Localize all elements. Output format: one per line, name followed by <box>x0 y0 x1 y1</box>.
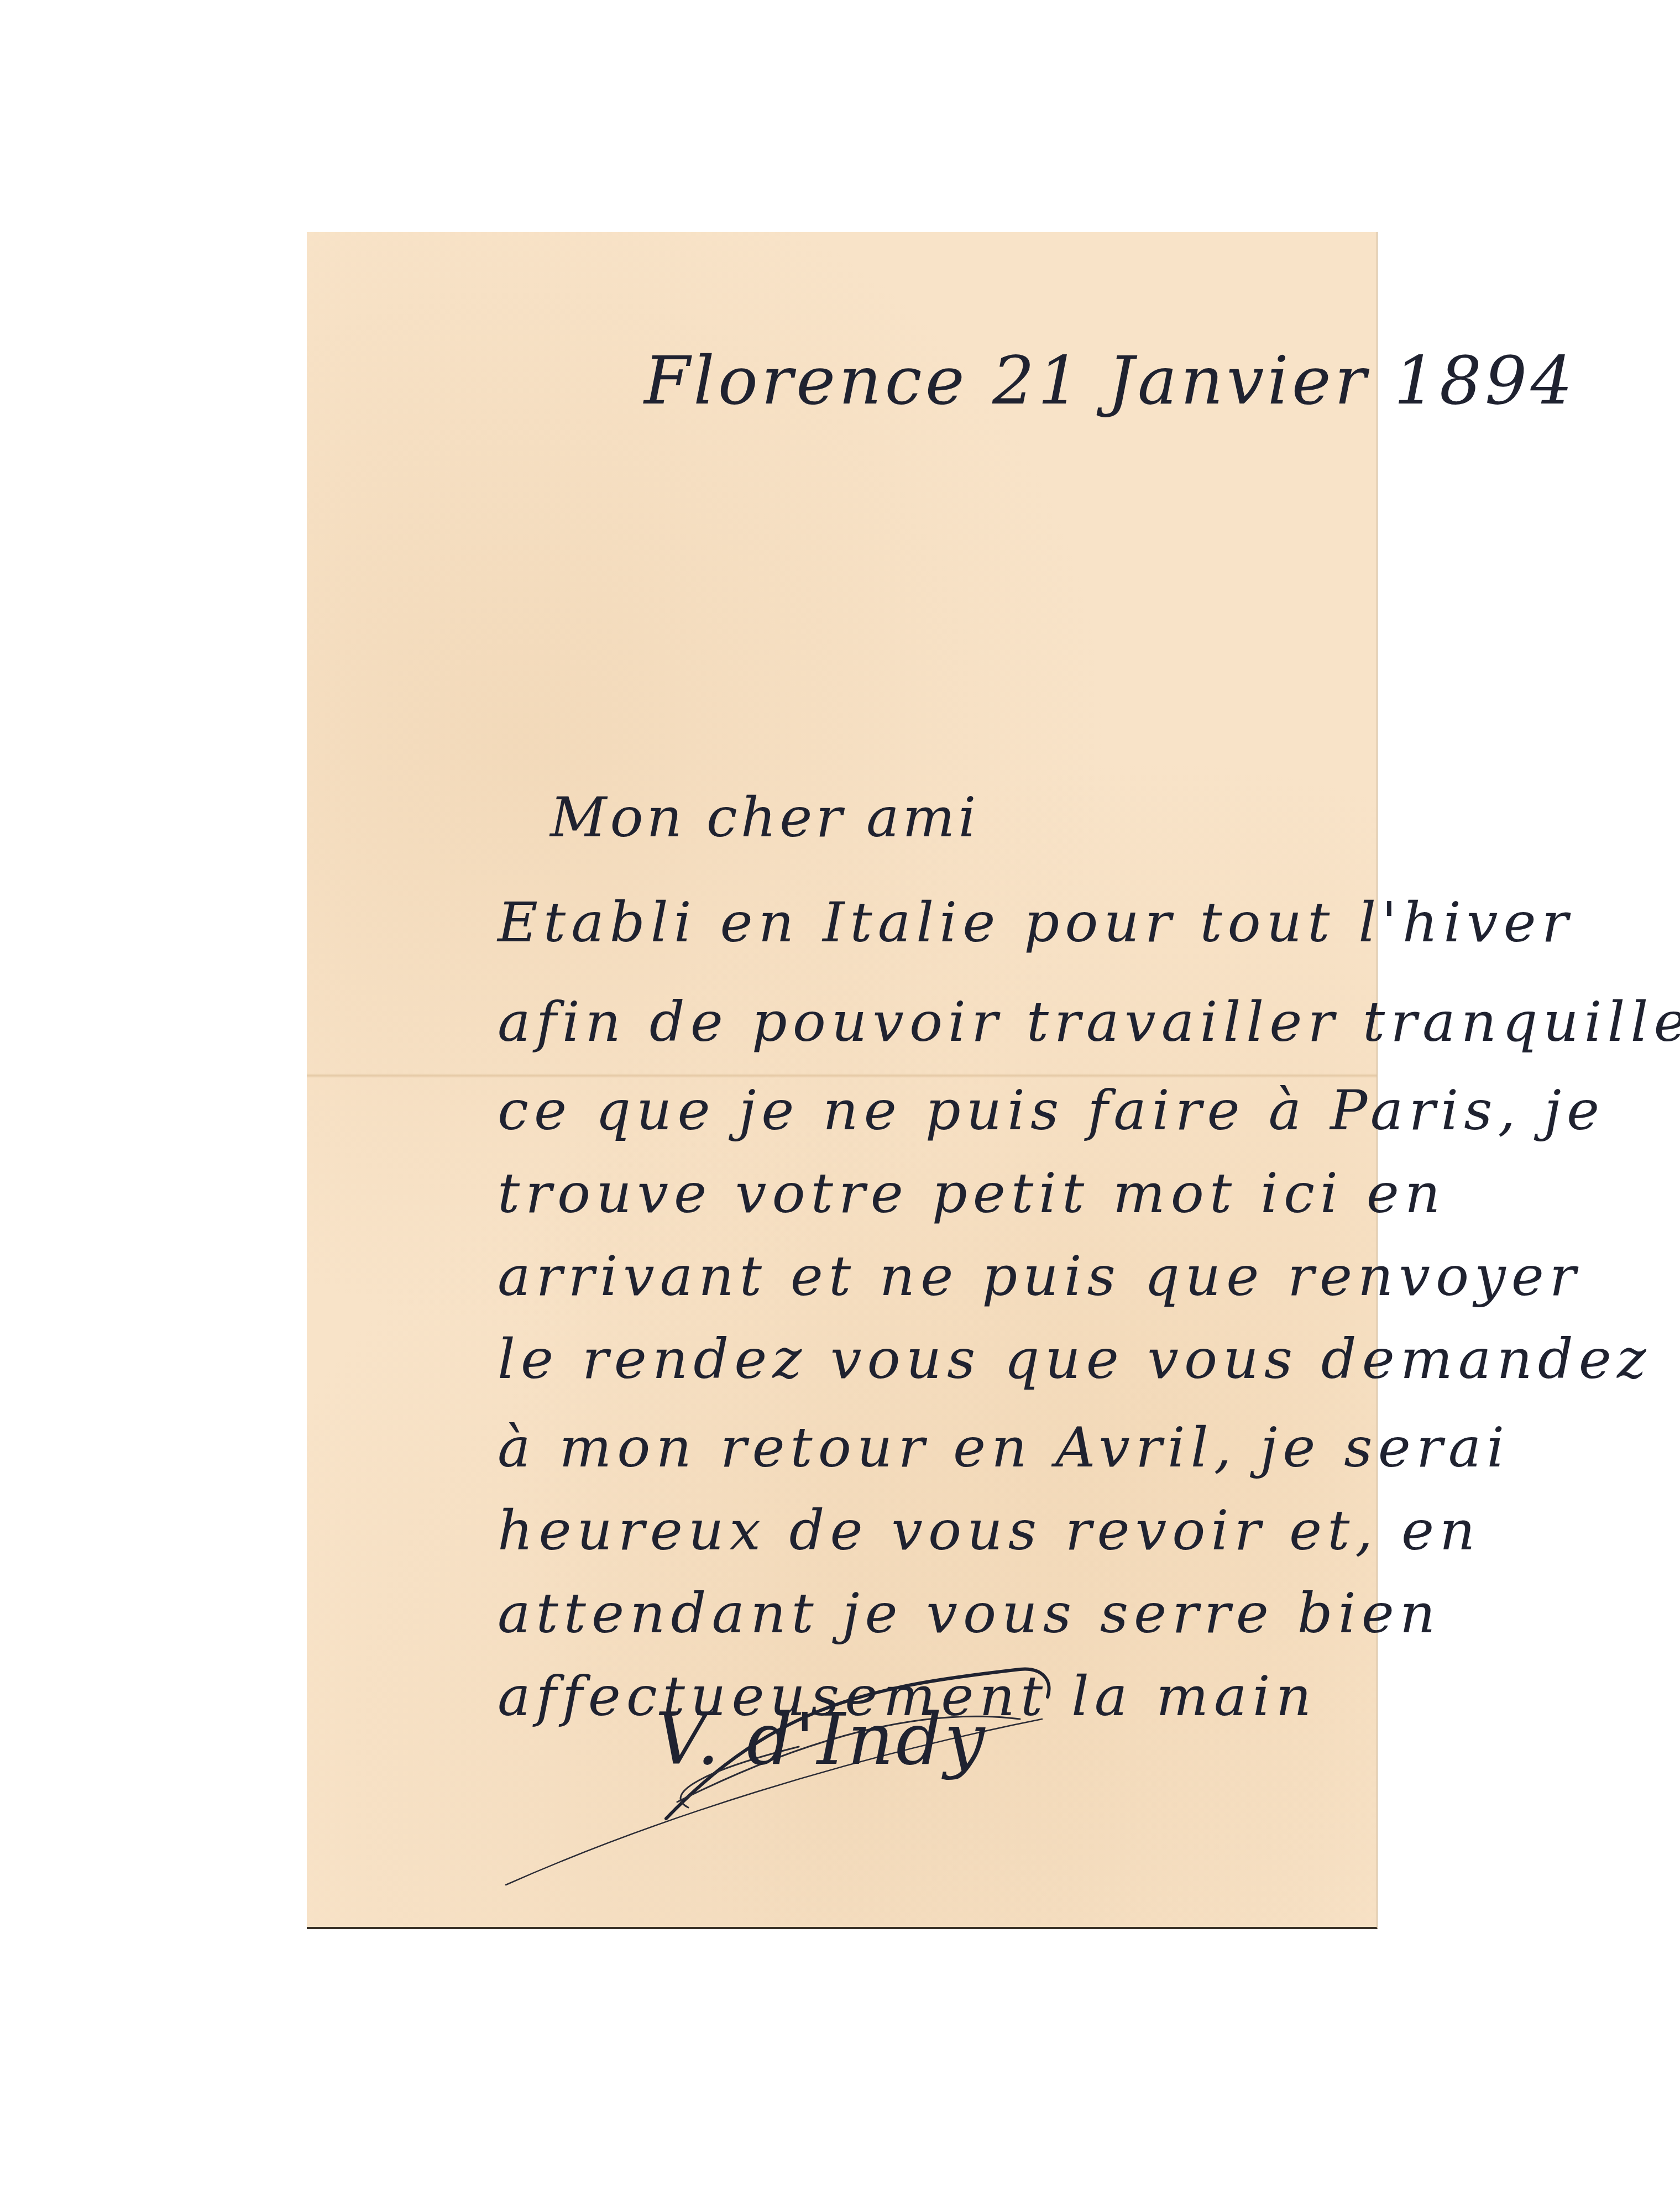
body-line: arrivant et ne puis que renvoyer <box>498 1244 1582 1308</box>
body-line: afin de pouvoir travailler tranquille <box>498 989 1680 1054</box>
body-line: à mon retour en Avril, je serai <box>498 1415 1510 1480</box>
dateline: Florence 21 Janvier 1894 <box>644 343 1576 420</box>
signature: V. d'Indy <box>489 1636 1153 1890</box>
body-line: trouve votre petit mot ici en <box>498 1161 1446 1225</box>
signature-text: V. d'Indy <box>655 1697 987 1781</box>
body-line: le rendez vous que vous demandez <box>498 1327 1652 1391</box>
body-line: Etabli en Italie pour tout l'hiver <box>498 890 1574 955</box>
body-line: ce que je ne puis faire à Paris, je <box>498 1078 1605 1143</box>
salutation: Mon cher ami <box>550 785 979 850</box>
fold-crease <box>307 1073 1377 1078</box>
letter-paper: Florence 21 Janvier 1894 Mon cher ami Et… <box>307 232 1378 1929</box>
body-line: heureux de vous revoir et, en <box>498 1498 1481 1563</box>
